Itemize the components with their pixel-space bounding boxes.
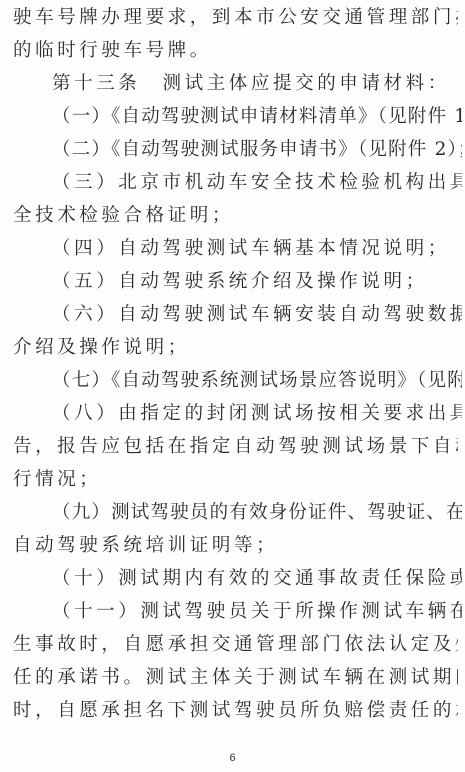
item-9-continued: 自动驾驶系统培训证明等； (13, 531, 458, 561)
item-3-continued: 全技术检验合格证明； (13, 201, 458, 231)
document-page: 驶车号牌办理要求，到本市公安交通管理部门办理测试车辆 的临时行驶车号牌。 第十三… (0, 0, 465, 772)
item-8: （八）由指定的封闭测试场按相关要求出具的测试报 (52, 399, 462, 429)
item-7: （七）《自动驾驶系统测试场景应答说明》（见附件 3）； (52, 366, 462, 396)
item-11: （十一）测试驾驶员关于所操作测试车辆在测试期间发 (52, 597, 462, 627)
item-11-continued-2: 任的承诺书。测试主体关于测试车辆在测试期间发生事故 (13, 663, 458, 693)
item-10: （十）测试期内有效的交通事故责任保险或保函； (52, 564, 462, 594)
article-13-heading: 第十三条 测试主体应提交的申请材料： (52, 69, 462, 99)
item-9: （九）测试驾驶员的有效身份证件、驾驶证、在职证明、 (52, 498, 462, 528)
item-8-continued-2: 行情况； (13, 465, 458, 495)
item-11-continued: 生事故时，自愿承担交通管理部门依法认定及处置的事故责 (13, 630, 458, 660)
item-6: （六）自动驾驶测试车辆安装自动驾驶数据记录装置的 (52, 300, 462, 330)
text-line-2: 的临时行驶车号牌。 (13, 36, 458, 66)
item-4: （四）自动驾驶测试车辆基本情况说明； (52, 234, 462, 264)
item-3: （三）北京市机动车安全技术检验机构出具的机动车安 (52, 168, 462, 198)
item-11-continued-3: 时，自愿承担名下测试驾驶员所负赔偿责任的承诺书； (13, 696, 458, 726)
item-8-continued: 告，报告应包括在指定自动驾驶测试场景下自动驾驶系统运 (13, 432, 458, 462)
text-line-1: 驶车号牌办理要求，到本市公安交通管理部门办理测试车辆 (13, 3, 458, 33)
item-5: （五）自动驾驶系统介绍及操作说明； (52, 267, 462, 297)
page-number: 6 (0, 752, 465, 764)
item-1: （一）《自动驾驶测试申请材料清单》（见附件 1）； (52, 102, 462, 132)
item-2: （二）《自动驾驶测试服务申请书》（见附件 2）； (52, 135, 462, 165)
item-6-continued: 介绍及操作说明； (13, 333, 458, 363)
